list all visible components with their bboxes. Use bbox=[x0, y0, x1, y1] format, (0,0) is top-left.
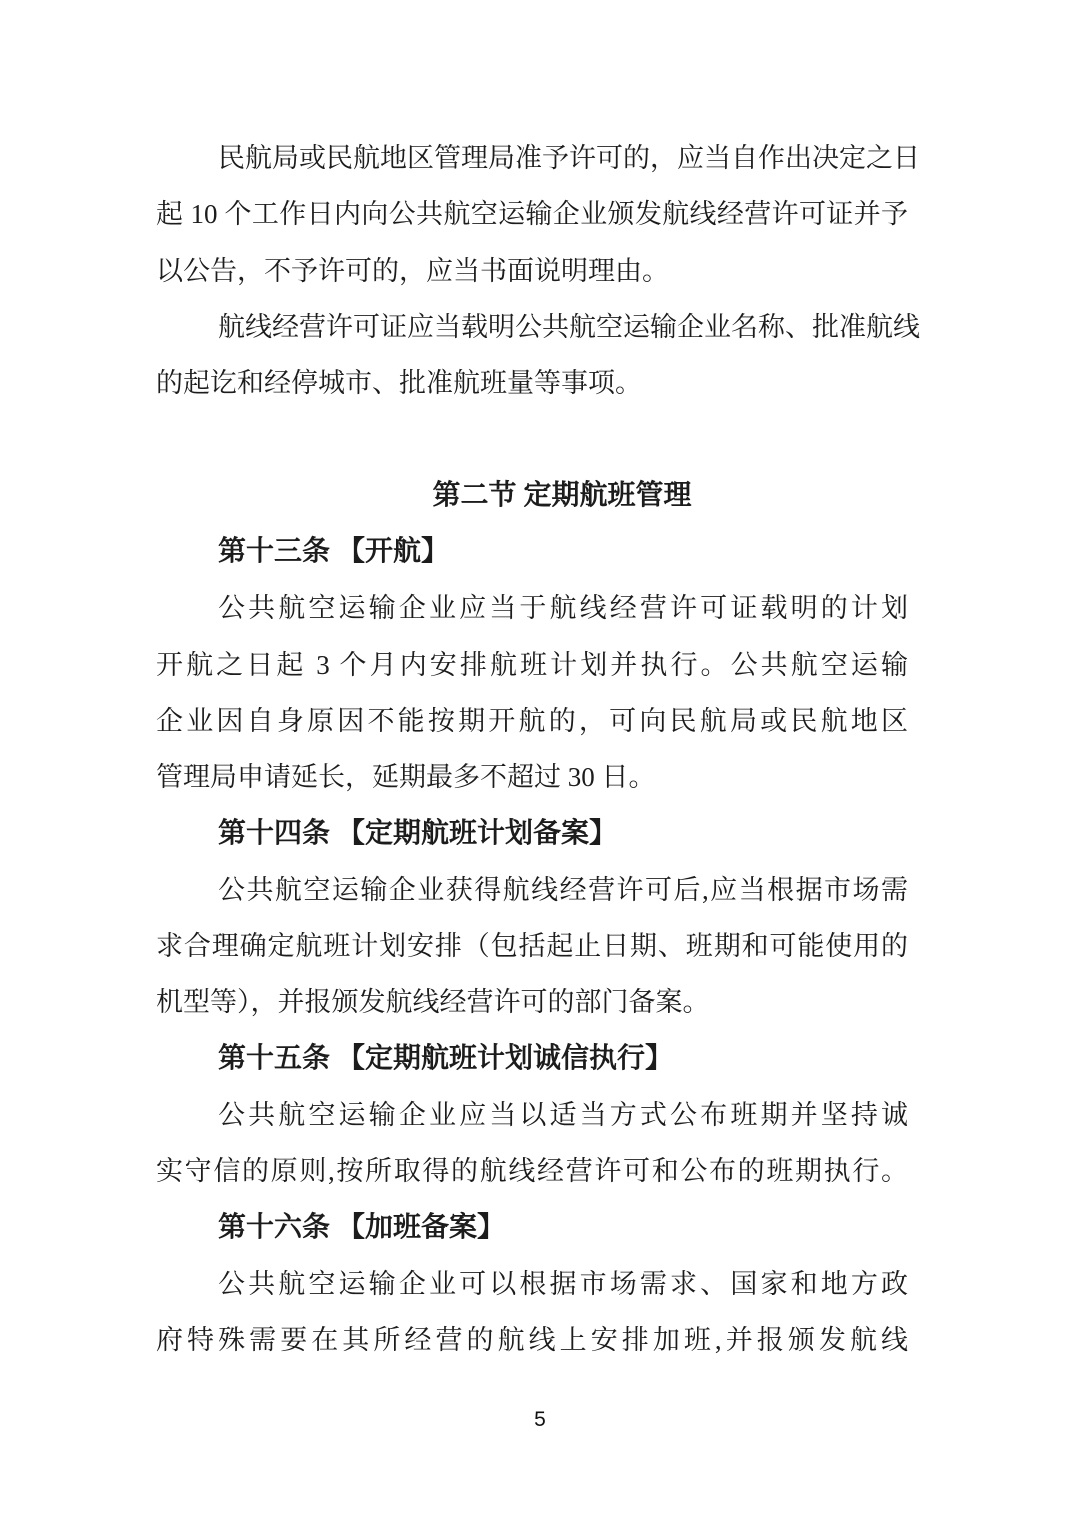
paragraph-line: 起 10 个工作日内向公共航空运输企业颁发航线经营许可证并予 bbox=[156, 186, 908, 242]
paragraph-line: 航线经营许可证应当载明公共航空运输企业名称、批准航线 bbox=[156, 299, 908, 355]
article-heading-14: 第十四条 【定期航班计划备案】 bbox=[156, 806, 908, 862]
article-heading-16: 第十六条 【加班备案】 bbox=[156, 1200, 908, 1256]
paragraph-article-14: 公共航空运输企业获得航线经营许可后,应当根据市场需 求合理确定航班计划安排（包括… bbox=[156, 862, 908, 1031]
paragraph-article-15: 公共航空运输企业应当以适当方式公布班期并坚持诚 实守信的原则,按所取得的航线经营… bbox=[156, 1087, 908, 1200]
paragraph-line: 的起讫和经停城市、批准航班量等事项。 bbox=[156, 355, 908, 411]
paragraph-line: 公共航空运输企业获得航线经营许可后,应当根据市场需 bbox=[156, 862, 908, 918]
paragraph-line: 以公告，不予许可的，应当书面说明理由。 bbox=[156, 243, 908, 299]
paragraph-line: 府特殊需要在其所经营的航线上安排加班,并报颁发航线 bbox=[156, 1312, 908, 1368]
section-heading: 第二节 定期航班管理 bbox=[156, 468, 908, 524]
paragraph-line: 公共航空运输企业可以根据市场需求、国家和地方政 bbox=[156, 1256, 908, 1312]
article-heading-13: 第十三条 【开航】 bbox=[156, 524, 908, 580]
paragraph-line: 公共航空运输企业应当以适当方式公布班期并坚持诚 bbox=[156, 1087, 908, 1143]
paragraph-line: 民航局或民航地区管理局准予许可的，应当自作出决定之日 bbox=[156, 130, 908, 186]
document-body: 民航局或民航地区管理局准予许可的，应当自作出决定之日 起 10 个工作日内向公共… bbox=[156, 130, 908, 1369]
paragraph-line: 管理局申请延长，延期最多不超过 30 日。 bbox=[156, 749, 908, 805]
paragraph-line: 企业因自身原因不能按期开航的，可向民航局或民航地区 bbox=[156, 693, 908, 749]
paragraph-line: 机型等），并报颁发航线经营许可的部门备案。 bbox=[156, 974, 908, 1030]
paragraph-line: 求合理确定航班计划安排（包括起止日期、班期和可能使用的 bbox=[156, 918, 908, 974]
paragraph-article-16: 公共航空运输企业可以根据市场需求、国家和地方政 府特殊需要在其所经营的航线上安排… bbox=[156, 1256, 908, 1369]
article-heading-15: 第十五条 【定期航班计划诚信执行】 bbox=[156, 1031, 908, 1087]
document-page: 民航局或民航地区管理局准予许可的，应当自作出决定之日 起 10 个工作日内向公共… bbox=[0, 0, 1080, 1526]
page-number: 5 bbox=[0, 1404, 1080, 1436]
paragraph-license-decision: 民航局或民航地区管理局准予许可的，应当自作出决定之日 起 10 个工作日内向公共… bbox=[156, 130, 908, 299]
paragraph-license-contents: 航线经营许可证应当载明公共航空运输企业名称、批准航线 的起讫和经停城市、批准航班… bbox=[156, 299, 908, 412]
paragraph-line: 开航之日起 3 个月内安排航班计划并执行。公共航空运输 bbox=[156, 637, 908, 693]
paragraph-line: 实守信的原则,按所取得的航线经营许可和公布的班期执行。 bbox=[156, 1143, 908, 1199]
paragraph-article-13: 公共航空运输企业应当于航线经营许可证载明的计划 开航之日起 3 个月内安排航班计… bbox=[156, 580, 908, 805]
paragraph-line: 公共航空运输企业应当于航线经营许可证载明的计划 bbox=[156, 580, 908, 636]
